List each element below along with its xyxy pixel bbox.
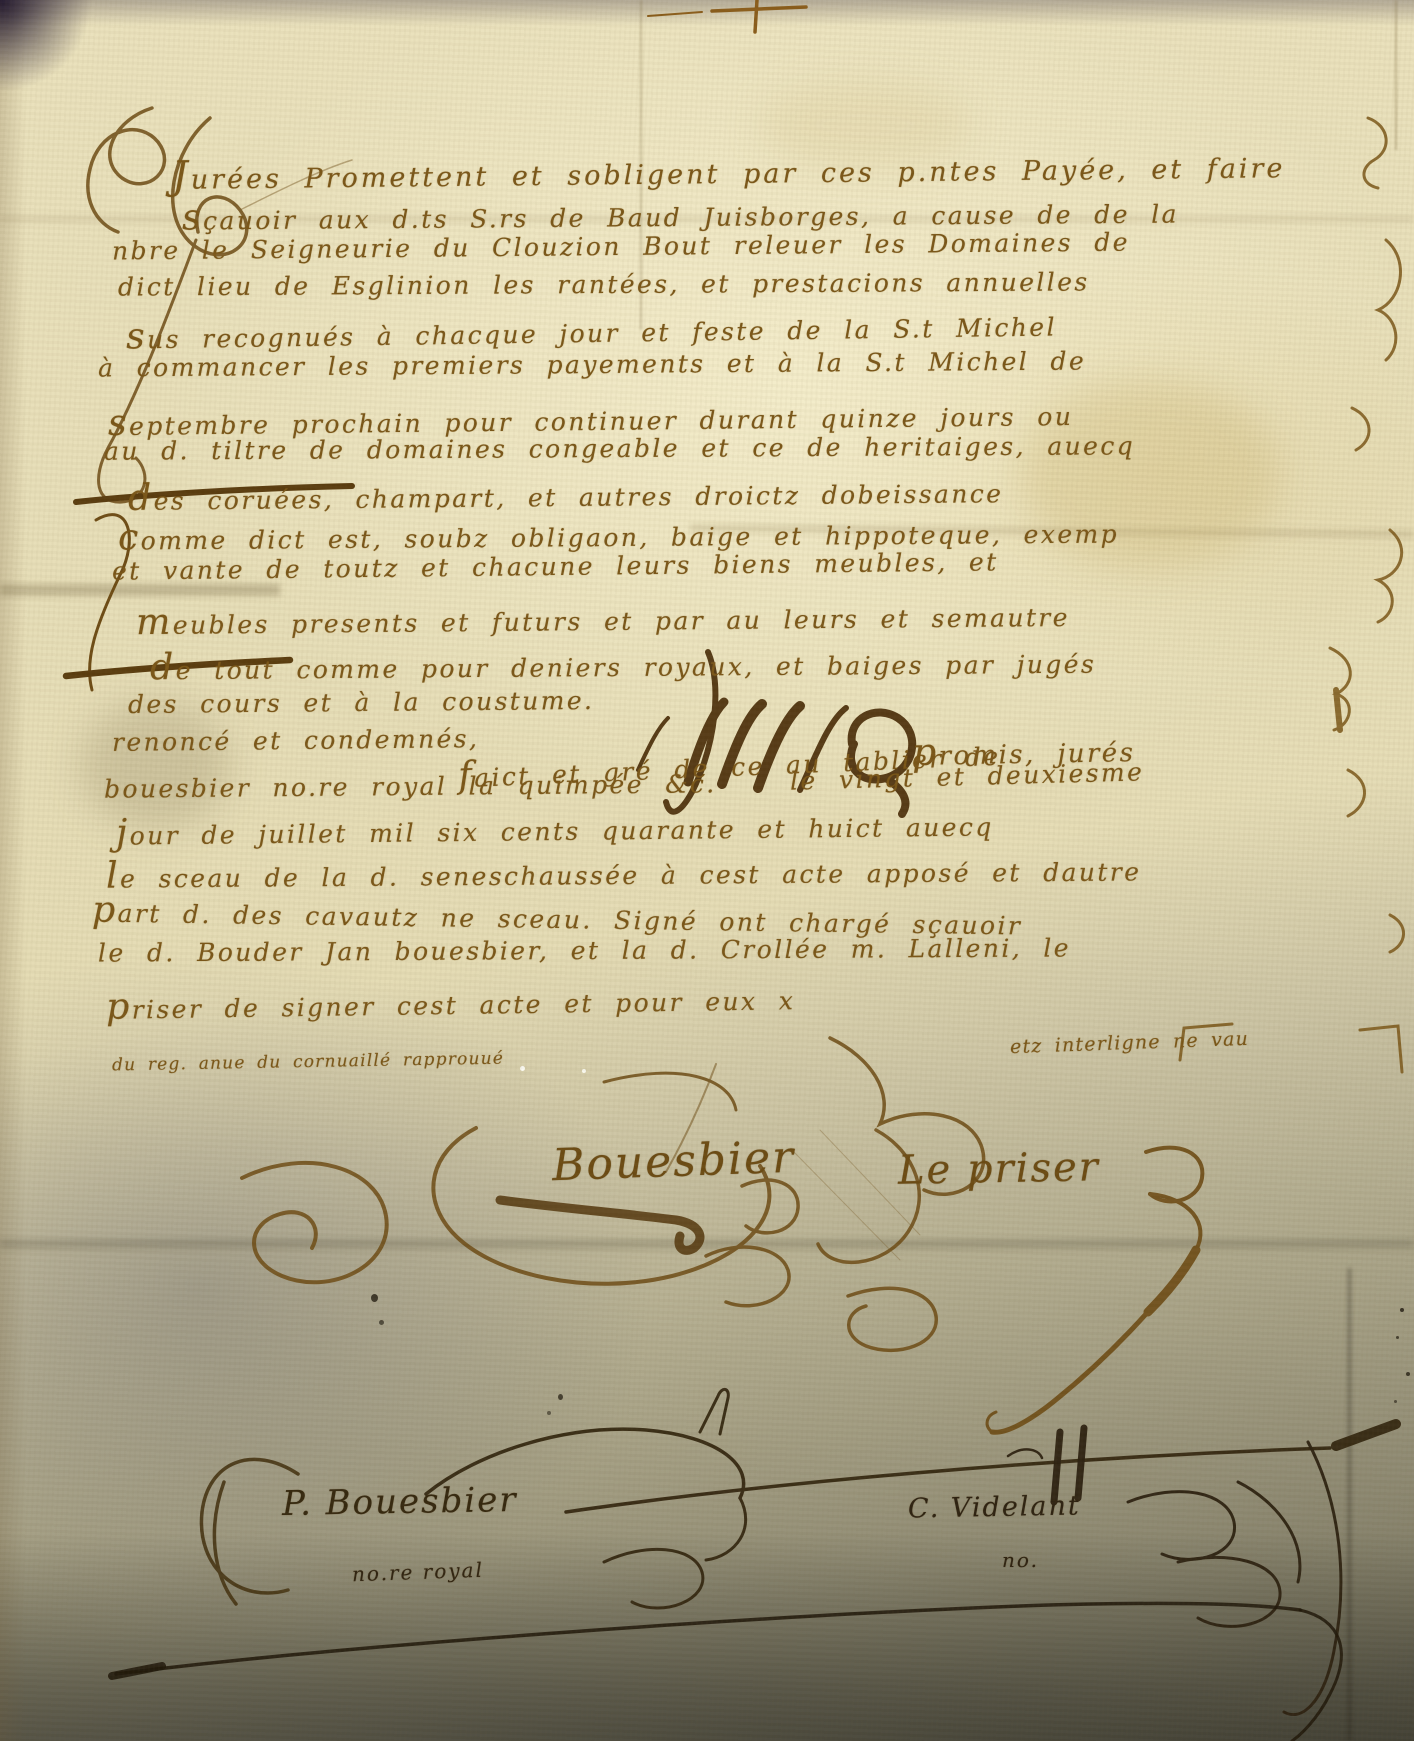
signature-lepriser: Le priser: [898, 1144, 1101, 1194]
paper-speck: [582, 1069, 586, 1073]
paper-speck: [379, 1320, 384, 1325]
manuscript-line-6: à commancer les premiers payements et à …: [98, 347, 1086, 383]
manuscript-line-12: meubles presents et futurs et par au leu…: [136, 592, 1070, 643]
manuscript-line-8: au d. tiltre de domaines congeable et ce…: [104, 431, 1135, 465]
line-end-curls: [1180, 118, 1404, 1072]
signature-pbouesbier-title: no.re royal: [352, 1558, 485, 1587]
paper-speck: [371, 1294, 378, 1302]
signature-videlant-title: no.: [1002, 1548, 1039, 1572]
paper-speck: [1396, 1336, 1399, 1339]
manuscript-interlinear-note-right: etz interligne ne vau: [1010, 1028, 1250, 1058]
paper-speck: [547, 1411, 551, 1415]
horizontal-crease: [0, 584, 280, 596]
horizontal-crease: [0, 1240, 1414, 1254]
manuscript-line-24: priser de signer cest acte et pour eux x: [106, 975, 796, 1028]
manuscript-photo: Jurées Promettent et sobligent par ces p…: [0, 0, 1414, 1741]
vertical-fold: [1395, 0, 1397, 150]
paper-speck: [520, 1066, 525, 1071]
manuscript-line-20: jour de juillet mil six cents quarante e…: [116, 801, 994, 853]
paper-speck: [1400, 1308, 1404, 1312]
signature-videlant: C. Videlant: [908, 1490, 1081, 1524]
manuscript-line-13: de tout comme pour deniers royaux, et ba…: [150, 639, 1096, 689]
signature-bouesbier: Bouesbier: [551, 1132, 796, 1191]
manuscript-line-14: des cours et à la coustume.: [128, 686, 595, 719]
signature-bouesbier-flourish: [242, 1038, 984, 1350]
paper-speck: [1394, 1400, 1397, 1403]
cross-mark: [648, 0, 806, 32]
vertical-fold: [1348, 1268, 1351, 1741]
paper-speck: [558, 1394, 563, 1400]
paper-speck: [1406, 1372, 1410, 1376]
manuscript-line-4: dict lieu de Esglinion les rantées, et p…: [118, 267, 1090, 301]
manuscript-line-18: bouesbier no.re royal la quimpée &c.: [104, 769, 717, 803]
manuscript-line-23: le d. Bouder Jan bouesbier, et la d. Cro…: [98, 933, 1071, 967]
signature-videlant-flourish: [1008, 1428, 1341, 1715]
manuscript-line-16: renoncé et condemnés,: [112, 724, 480, 757]
bottom-left-loop: [201, 1459, 298, 1604]
signature-pbouesbier: P. Bouesbier: [282, 1480, 518, 1524]
bottom-long-stroke: [112, 1603, 1341, 1741]
manuscript-interlinear-note: du reg. anue du cornuaillé rapprouué: [112, 1049, 504, 1076]
